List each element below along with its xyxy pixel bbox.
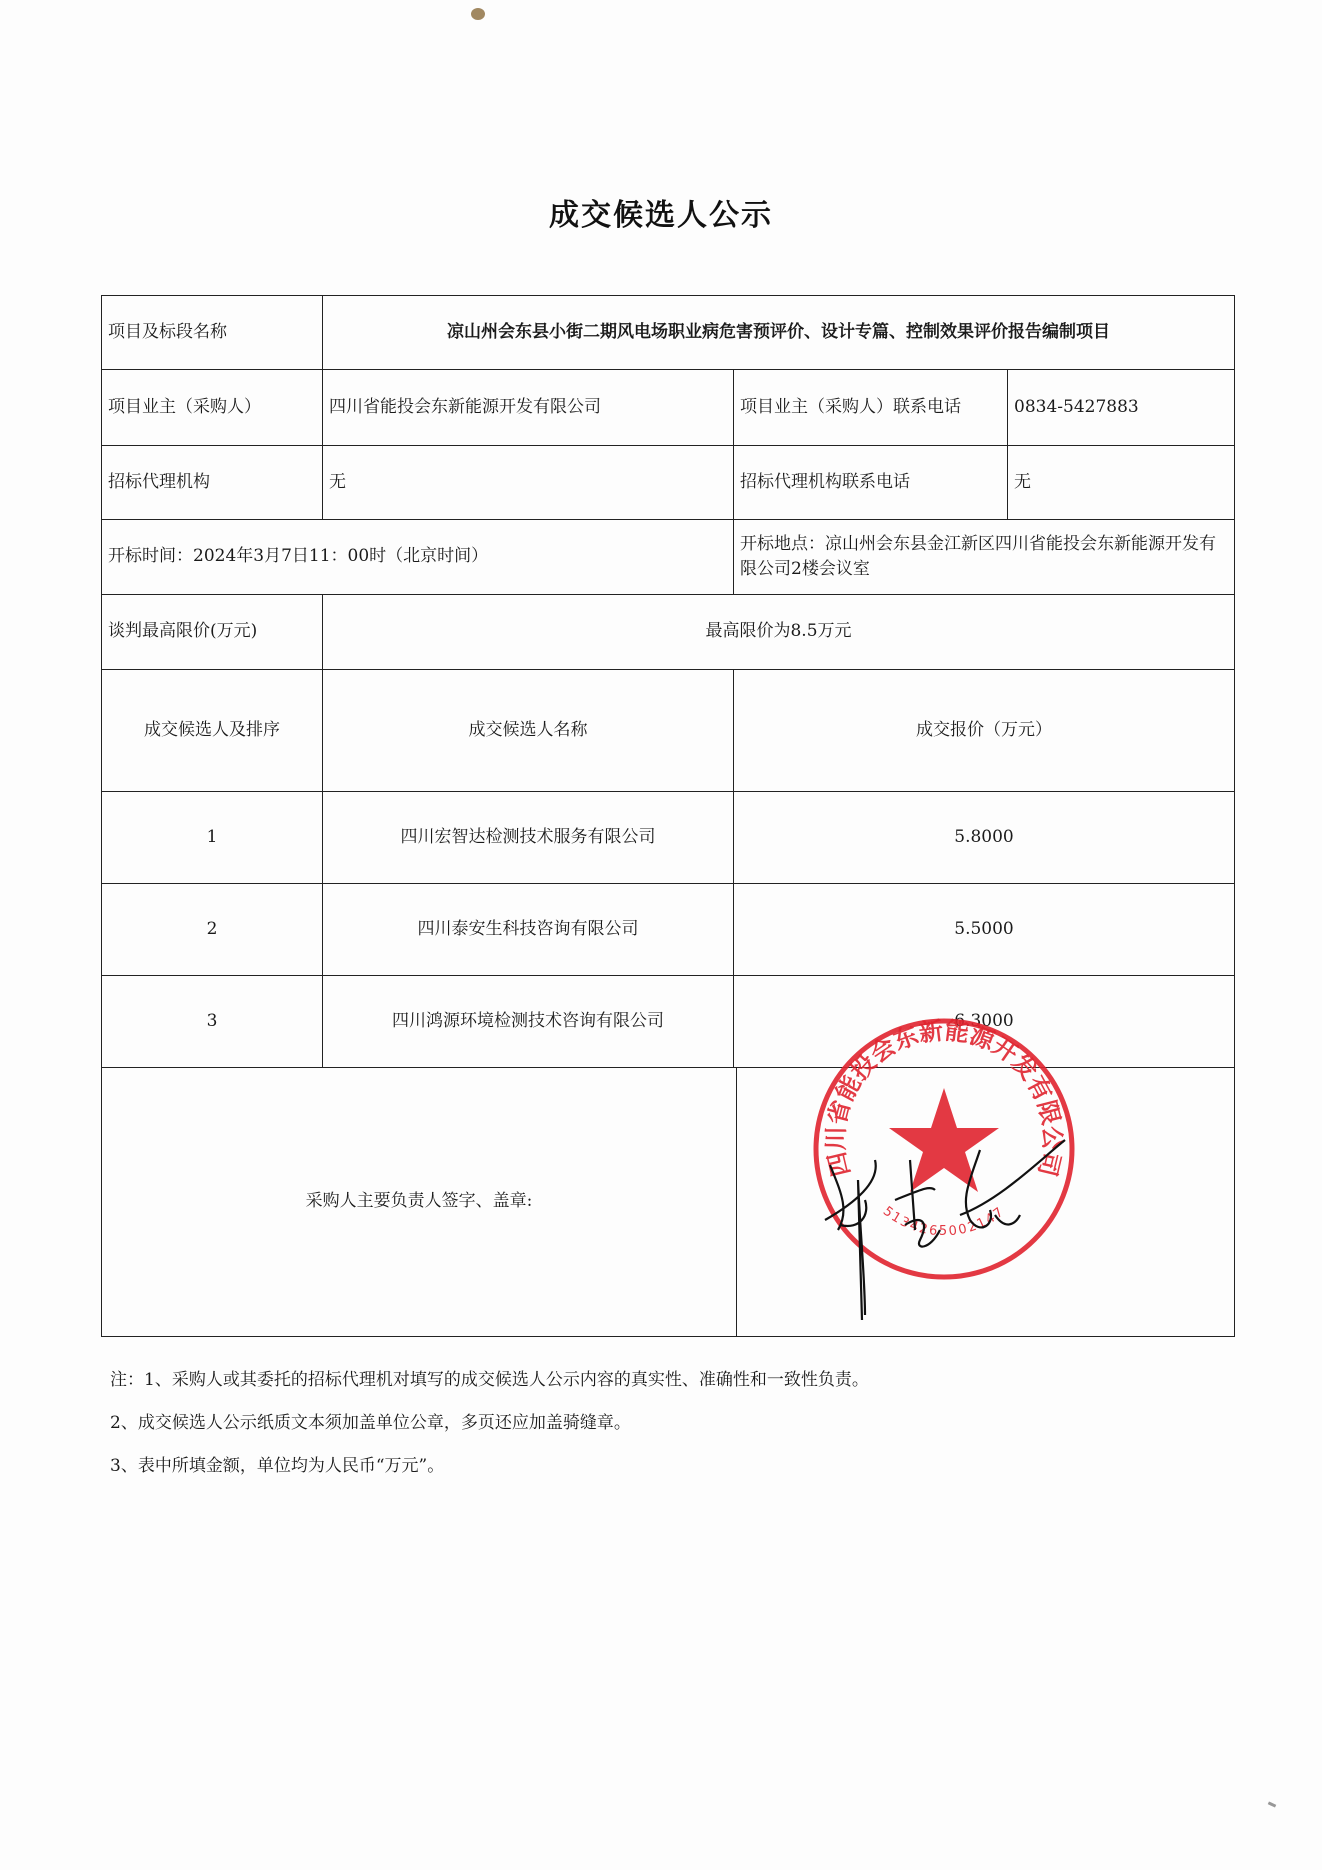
owner-value: 四川省能投会东新能源开发有限公司 [322, 369, 734, 446]
candidate-price: 5.5000 [733, 883, 1235, 976]
header-name: 成交候选人名称 [322, 669, 734, 792]
paper-smudge [471, 8, 485, 20]
note-item: 3、表中所填金额，单位均为人民币“万元”。 [110, 1451, 869, 1494]
signature-label: 采购人主要负责人签字、盖章: [101, 1067, 737, 1337]
owner-label: 项目业主（采购人） [101, 369, 323, 446]
opening-location: 开标地点：凉山州会东县金江新区四川省能投会东新能源开发有限公司2楼会议室 [733, 519, 1235, 595]
candidate-name: 四川泰安生科技咨询有限公司 [322, 883, 734, 976]
agency-value: 无 [322, 445, 734, 520]
notes-section: 注：1、采购人或其委托的招标代理机对填写的成交候选人公示内容的真实性、准确性和一… [110, 1365, 869, 1494]
project-name-label: 项目及标段名称 [101, 295, 323, 370]
candidate-price: 5.8000 [733, 791, 1235, 884]
owner-phone-value: 0834-5427883 [1007, 369, 1235, 446]
note-item: 注：1、采购人或其委托的招标代理机对填写的成交候选人公示内容的真实性、准确性和一… [110, 1365, 869, 1408]
note-item: 2、成交候选人公示纸质文本须加盖单位公章，多页还应加盖骑缝章。 [110, 1408, 869, 1451]
candidate-name: 四川鸿源环境检测技术咨询有限公司 [322, 975, 734, 1068]
header-rank: 成交候选人及排序 [101, 669, 323, 792]
agency-label: 招标代理机构 [101, 445, 323, 520]
agency-phone-label: 招标代理机构联系电话 [733, 445, 1008, 520]
opening-time: 开标时间：2024年3月7日11：00时（北京时间） [101, 519, 734, 595]
max-price-label: 谈判最高限价(万元) [101, 594, 323, 670]
candidate-rank: 1 [101, 791, 323, 884]
agency-phone-value: 无 [1007, 445, 1235, 520]
paper-speck [1268, 1801, 1277, 1807]
header-price: 成交报价（万元） [733, 669, 1235, 792]
candidate-name: 四川宏智达检测技术服务有限公司 [322, 791, 734, 884]
announcement-table: 项目及标段名称 凉山州会东县小街二期风电场职业病危害预评价、设计专篇、控制效果评… [101, 295, 1235, 1337]
candidate-rank: 2 [101, 883, 323, 976]
owner-phone-label: 项目业主（采购人）联系电话 [733, 369, 1008, 446]
candidate-price: 6.3000 [733, 975, 1235, 1068]
signature-area [736, 1067, 1235, 1337]
candidate-rank: 3 [101, 975, 323, 1068]
document-title: 成交候选人公示 [0, 190, 1322, 234]
max-price-value: 最高限价为8.5万元 [322, 594, 1235, 670]
project-name-value: 凉山州会东县小街二期风电场职业病危害预评价、设计专篇、控制效果评价报告编制项目 [322, 295, 1235, 370]
